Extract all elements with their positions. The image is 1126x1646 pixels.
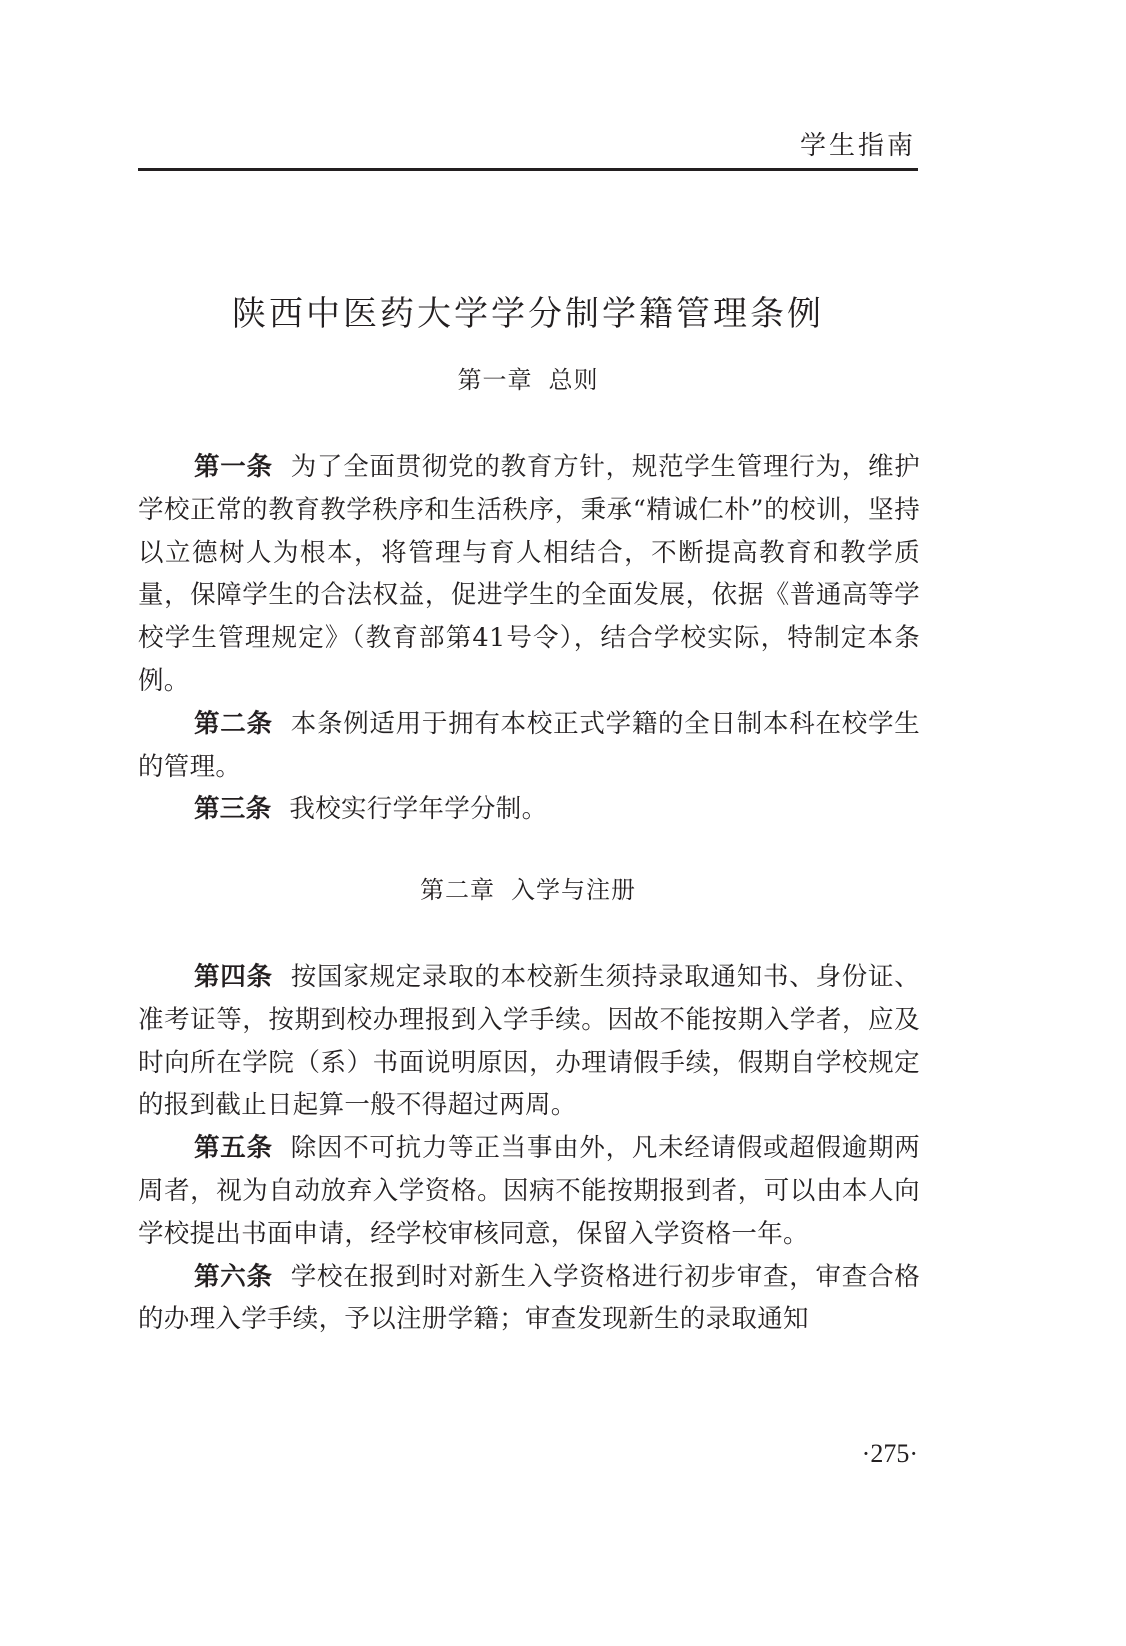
running-header: 学生指南 — [138, 128, 918, 171]
article: 第三条我校实行学年学分制。 — [138, 788, 920, 831]
chapter-number: 第二章 — [420, 876, 495, 904]
document-page: 学生指南 陕西中医药大学学分制学籍管理条例 第一章总则 第一条为了全面贯彻党的教… — [0, 0, 1126, 1646]
article: 第六条学校在报到时对新生入学资格进行初步审查，审查合格的办理入学手续，予以注册学… — [138, 1256, 920, 1342]
chapter-number: 第一章 — [458, 366, 533, 394]
article: 第四条按国家规定录取的本校新生须持录取通知书、身份证、准考证等，按期到校办理报到… — [138, 956, 920, 1127]
document-title: 陕西中医药大学学分制学籍管理条例 — [0, 289, 1056, 339]
article: 第五条除因不可抗力等正当事由外，凡未经请假或超假逾期两周者，视为自动放弃入学资格… — [138, 1127, 920, 1255]
chapter-title: 总则 — [549, 366, 599, 394]
article: 第二条本条例适用于拥有本校正式学籍的全日制本科在校学生的管理。 — [138, 703, 920, 789]
article-number: 第三条 — [194, 794, 271, 824]
article: 第一条为了全面贯彻党的教育方针，规范学生管理行为，维护学校正常的教育教学秩序和生… — [138, 446, 920, 703]
section-name: 学生指南 — [800, 130, 916, 162]
chapter-title: 入学与注册 — [511, 876, 636, 904]
article-number: 第二条 — [194, 709, 273, 739]
article-number: 第四条 — [194, 962, 273, 992]
article-number: 第五条 — [194, 1133, 273, 1163]
page-number: ·275· — [862, 1438, 918, 1470]
article-text: 为了全面贯彻党的教育方针，规范学生管理行为，维护学校正常的教育教学秩序和生活秩序… — [138, 452, 920, 696]
chapter-heading: 第一章总则 — [138, 362, 918, 398]
chapter-2-body: 第四条按国家规定录取的本校新生须持录取通知书、身份证、准考证等，按期到校办理报到… — [138, 956, 920, 1341]
article-number: 第六条 — [194, 1262, 273, 1292]
article-text: 我校实行学年学分制。 — [289, 794, 547, 824]
article-number: 第一条 — [194, 452, 273, 482]
chapter-heading: 第二章入学与注册 — [138, 872, 918, 908]
chapter-1-body: 第一条为了全面贯彻党的教育方针，规范学生管理行为，维护学校正常的教育教学秩序和生… — [138, 446, 920, 831]
